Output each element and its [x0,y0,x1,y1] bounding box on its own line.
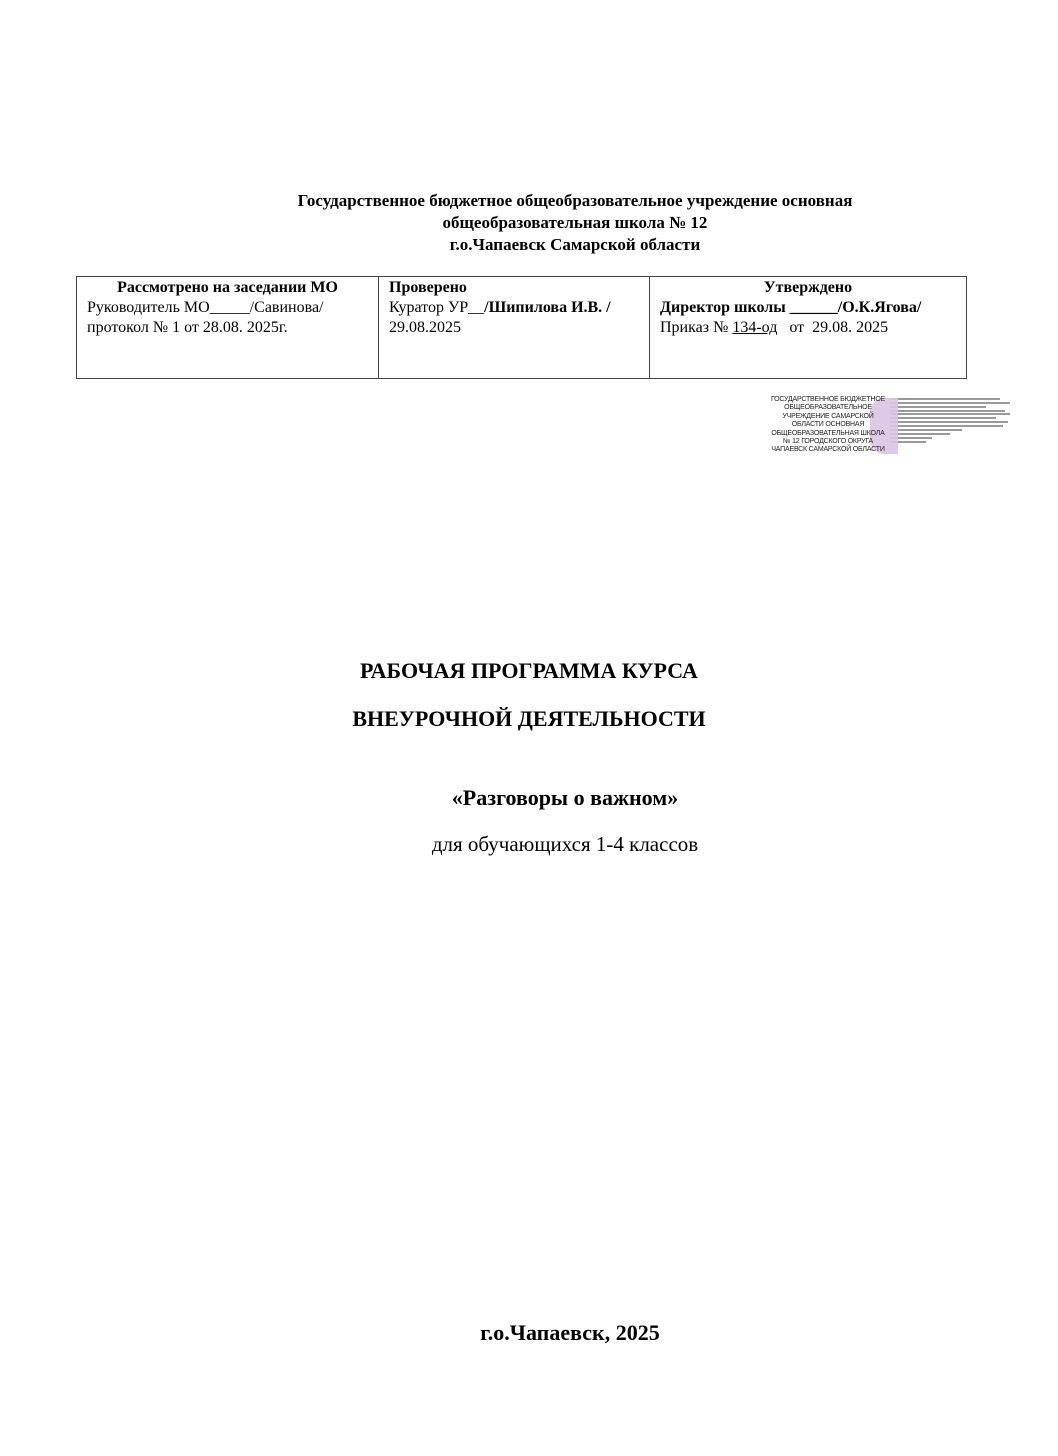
approved-director: Директор школы ______/О.К.Ягова/ [660,298,956,318]
document-title-line-1: РАБОЧАЯ ПРОГРАММА КУРСА [0,658,1058,684]
checked-cell: Проверено Куратор УР__/Шипилова И.В. / 2… [379,277,650,379]
stamp-line: ГОСУДАРСТВЕННОЕ БЮДЖЕТНОЕ [766,396,890,404]
target-audience: для обучающихся 1-4 классов [0,832,1058,857]
stamp-line: ОБЩЕОБРАЗОВАТЕЛЬНОЕ [766,404,890,412]
approved-order: Приказ № 134-од от 29.08. 2025 [660,318,956,338]
approval-table: Рассмотрено на заседании МО Руководитель… [76,276,967,379]
order-number: 134-од [732,319,777,336]
checked-date: 29.08.2025 [389,318,639,338]
considered-protocol: протокол № 1 от 28.08. 2025г. [87,318,368,338]
course-name: «Разговоры о важном» [0,785,1058,811]
considered-heading: Рассмотрено на заседании МО [87,278,368,298]
stamp-signature-details [890,396,1010,445]
curator-name: /Шипилова И.В. / [484,299,610,316]
stamp-organization: ГОСУДАРСТВЕННОЕ БЮДЖЕТНОЕ ОБЩЕОБРАЗОВАТЕ… [766,396,890,455]
checked-heading: Проверено [389,278,639,298]
stamp-line: ОБЛАСТИ ОСНОВНАЯ [766,421,890,429]
approved-heading: Утверждено [660,278,956,298]
order-label: Приказ № [660,319,732,336]
stamp-line: УЧРЕЖДЕНИЕ САМАРСКОЙ [766,413,890,421]
approved-cell: Утверждено Директор школы ______/О.К.Яго… [650,277,967,379]
document-title-line-2: ВНЕУРОЧНОЙ ДЕЯТЕЛЬНОСТИ [0,706,1058,732]
city-and-year: г.о.Чапаевск, 2025 [0,1320,1058,1346]
stamp-line: ЧАПАЕВСК САМАРСКОЙ ОБЛАСТИ [766,446,890,454]
org-name-line-1: Государственное бюджетное общеобразовате… [160,190,990,212]
order-date: от 29.08. 2025 [777,319,888,336]
org-name-line-2: общеобразовательная школа № 12 [160,212,990,234]
considered-head-of-mo: Руководитель МО_____/Савинова/ [87,298,368,318]
stamp-line: ОБЩЕОБРАЗОВАТЕЛЬНАЯ ШКОЛА [766,430,890,438]
curator-label: Куратор УР__ [389,299,484,316]
digital-signature-stamp: ГОСУДАРСТВЕННОЕ БЮДЖЕТНОЕ ОБЩЕОБРАЗОВАТЕ… [766,396,1011,456]
org-location: г.о.Чапаевск Самарской области [160,234,990,256]
organization-header: Государственное бюджетное общеобразовате… [160,190,990,256]
checked-curator: Куратор УР__/Шипилова И.В. / [389,298,639,318]
considered-cell: Рассмотрено на заседании МО Руководитель… [77,277,379,379]
